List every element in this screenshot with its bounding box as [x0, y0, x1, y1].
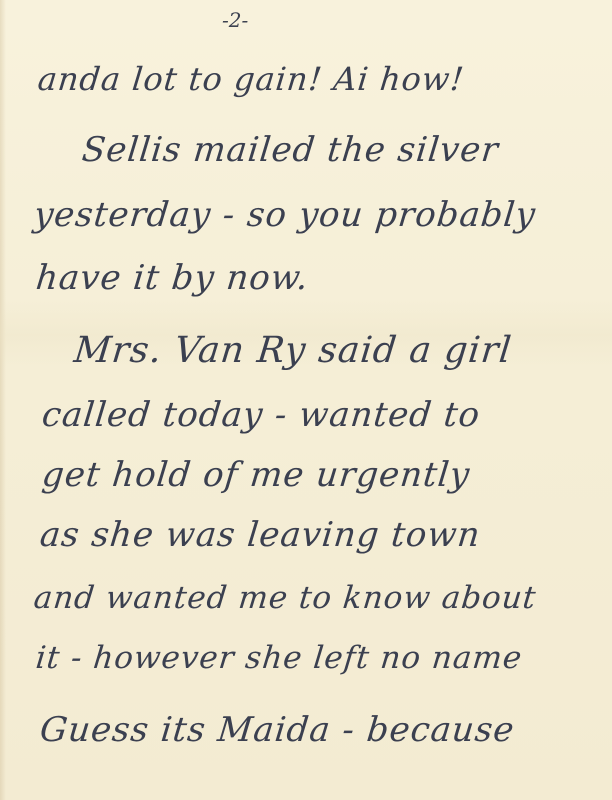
- page-number: -2-: [222, 8, 248, 32]
- letter-line-9: and wanted me to know about: [32, 580, 538, 616]
- letter-line-2: Sellis mailed the silver: [80, 130, 501, 170]
- letter-page: -2- anda lot to gain! Ai how! Sellis mai…: [0, 0, 612, 800]
- letter-line-10: it - however she left no name: [34, 640, 524, 676]
- letter-line-8: as she was leaving town: [38, 515, 483, 555]
- letter-line-7: get hold of me urgently: [40, 455, 472, 495]
- letter-line-11: Guess its Maida - because: [38, 710, 517, 750]
- letter-line-4: have it by now.: [34, 258, 311, 298]
- letter-line-6: called today - wanted to: [40, 395, 482, 435]
- letter-line-3: yesterday - so you probably: [32, 195, 538, 235]
- letter-line-1: anda lot to gain! Ai how!: [36, 60, 466, 98]
- letter-line-5: Mrs. Van Ry said a girl: [72, 330, 514, 371]
